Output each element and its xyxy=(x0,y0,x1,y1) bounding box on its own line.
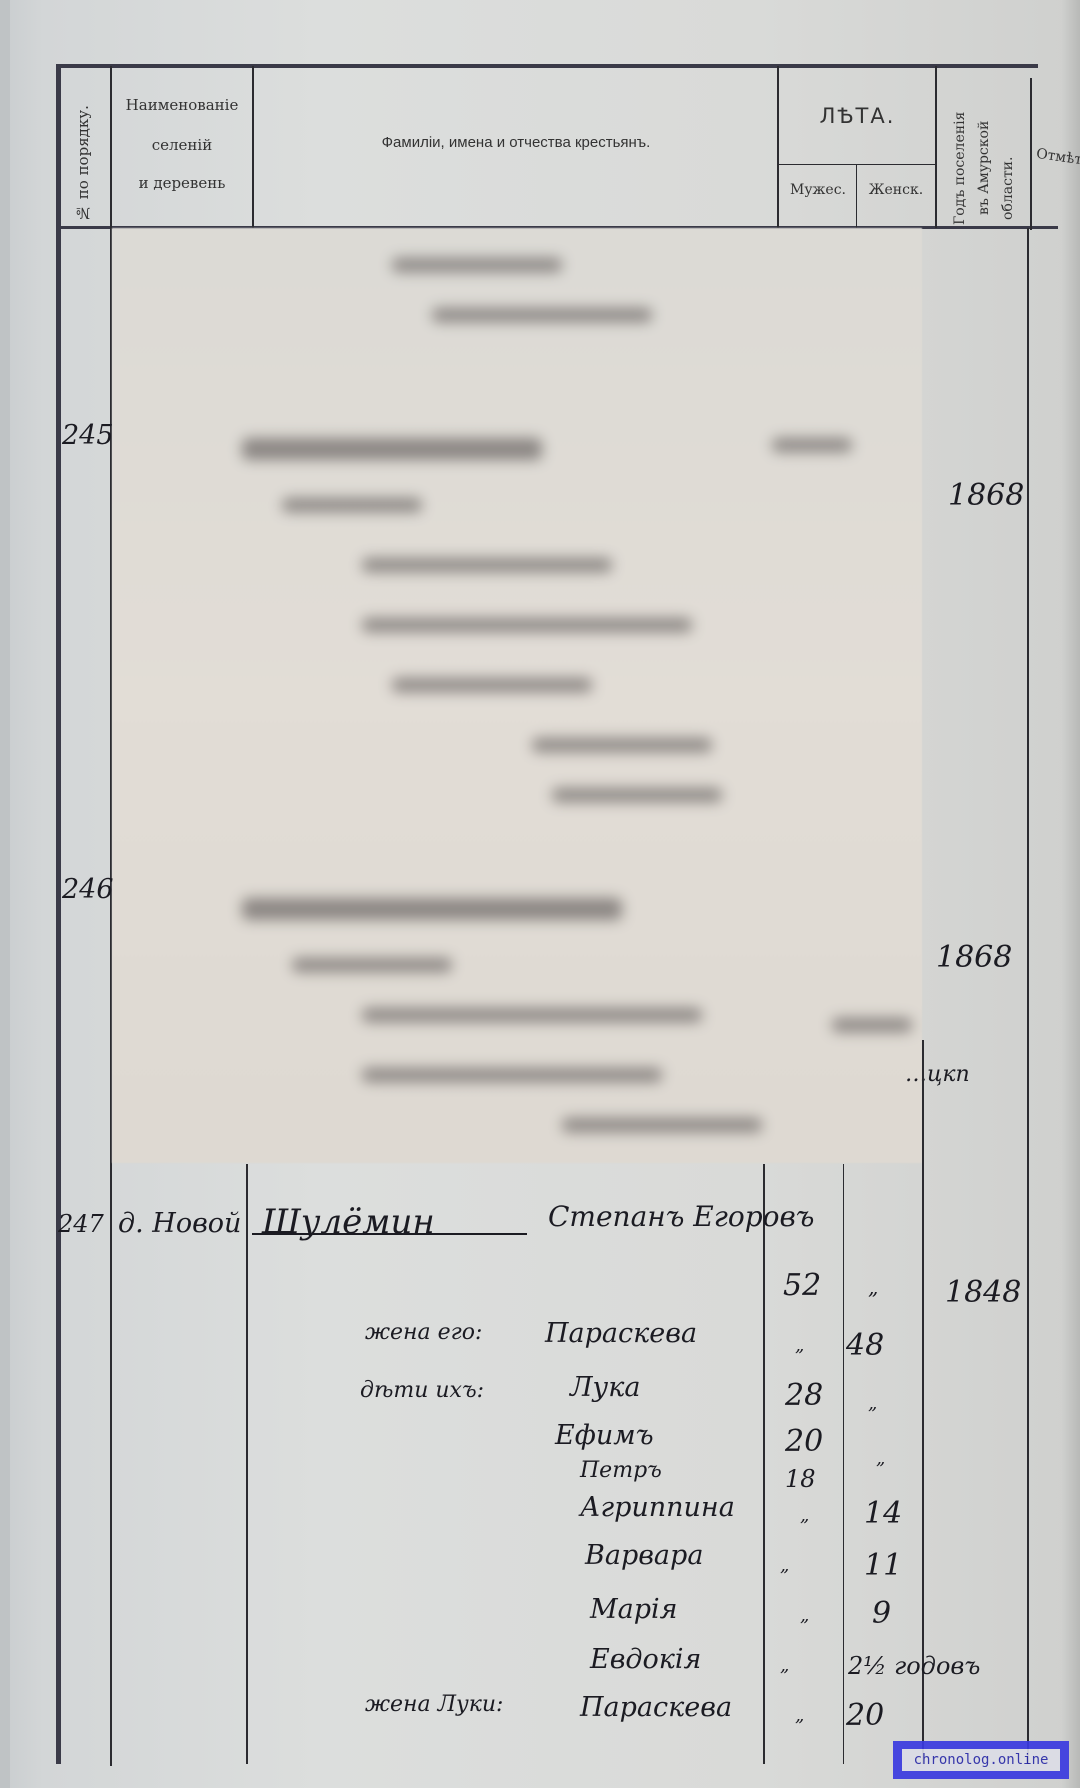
member-female-age: 11 xyxy=(864,1548,902,1583)
member-male-age: „ xyxy=(795,1705,804,1726)
r247-divider-settlement xyxy=(246,1164,248,1764)
header-year-3: области. xyxy=(1000,140,1016,220)
member-name: Параскева xyxy=(580,1692,732,1723)
col-divider-6 xyxy=(1030,78,1032,230)
member-male-age: „ xyxy=(780,1555,789,1576)
member-male-age: 28 xyxy=(785,1378,823,1413)
header-settlement-1: Наименованіе xyxy=(114,96,250,114)
header-settlement-2: селеній xyxy=(114,136,250,154)
record-year-245: 1868 xyxy=(948,478,1024,513)
header-number: № по порядку. xyxy=(74,74,92,222)
record-surname-247: Шулёмин xyxy=(262,1202,435,1242)
member-name: Лука xyxy=(570,1372,640,1403)
member-female-age: 2½ годовъ xyxy=(848,1652,980,1680)
record-note-246: …цкп xyxy=(905,1062,970,1087)
col-divider-3 xyxy=(777,66,779,228)
header-ages-male: Мужес. xyxy=(780,182,856,198)
record-number-246: 246 xyxy=(62,874,114,905)
r247-divider-year xyxy=(1027,228,1029,1764)
header-year-2: въ Амурской xyxy=(976,80,992,215)
member-male-age: 20 xyxy=(785,1424,823,1459)
r247-divider-male xyxy=(843,1164,844,1764)
member-female-age: 48 xyxy=(846,1328,884,1363)
r247-divider-names xyxy=(763,1164,765,1764)
header-settlement-3: и деревень xyxy=(114,174,250,192)
member-name: Петръ xyxy=(580,1458,662,1483)
member-male-age: „ xyxy=(800,1505,809,1526)
member-female-age: 9 xyxy=(872,1596,891,1631)
head-age-male: 52 xyxy=(783,1268,821,1303)
member-relation: дѣти ихъ: xyxy=(360,1378,484,1403)
member-name: Параскева xyxy=(545,1318,697,1349)
member-female-age: 14 xyxy=(864,1496,902,1531)
header-ages: ЛѢТА. xyxy=(780,104,935,128)
member-relation: жена его: xyxy=(365,1320,482,1345)
header-names: Фамиліи, имена и отчества крестьянъ. xyxy=(256,134,776,151)
table-top-border xyxy=(58,64,1038,68)
member-female-age: „ xyxy=(876,1448,885,1469)
surname-underline xyxy=(252,1233,527,1235)
member-male-age: „ xyxy=(795,1335,804,1356)
head-age-female: „ xyxy=(868,1275,878,1299)
member-male-age: „ xyxy=(780,1655,789,1676)
col-divider-5 xyxy=(935,66,937,228)
ages-subheader-line xyxy=(778,164,935,165)
member-name: Варвара xyxy=(585,1540,703,1571)
record-settlement-247: д. Новой xyxy=(118,1208,241,1239)
col-divider-2 xyxy=(252,66,254,228)
watermark-text: chronolog.online xyxy=(902,1749,1060,1771)
member-name: Ефимъ xyxy=(555,1420,654,1451)
member-female-age: „ xyxy=(868,1393,877,1414)
record-year-246: 1868 xyxy=(936,940,1012,975)
member-male-age: „ xyxy=(800,1605,809,1626)
member-male-age: 18 xyxy=(785,1465,816,1493)
watermark-badge: chronolog.online xyxy=(893,1741,1069,1779)
record-number-245: 245 xyxy=(62,420,114,451)
table-left-border xyxy=(56,64,61,1764)
book-binding xyxy=(1062,0,1080,1788)
redacted-region xyxy=(112,228,922,1163)
col-divider-4 xyxy=(856,165,857,228)
header-ages-female: Женск. xyxy=(858,182,934,198)
member-name: Марія xyxy=(590,1594,678,1625)
record-number-247: 247 xyxy=(58,1210,104,1238)
member-female-age: 20 xyxy=(846,1698,884,1733)
member-relation: жена Луки: xyxy=(365,1692,503,1717)
record-head-name-247: Степанъ Егоровъ xyxy=(548,1200,814,1233)
member-name: Агриппина xyxy=(580,1492,735,1523)
record-year-247: 1848 xyxy=(945,1275,1021,1310)
page-edge xyxy=(0,0,10,1788)
member-name: Евдокія xyxy=(590,1644,701,1675)
header-year-1: Годъ поселенія xyxy=(952,75,968,225)
